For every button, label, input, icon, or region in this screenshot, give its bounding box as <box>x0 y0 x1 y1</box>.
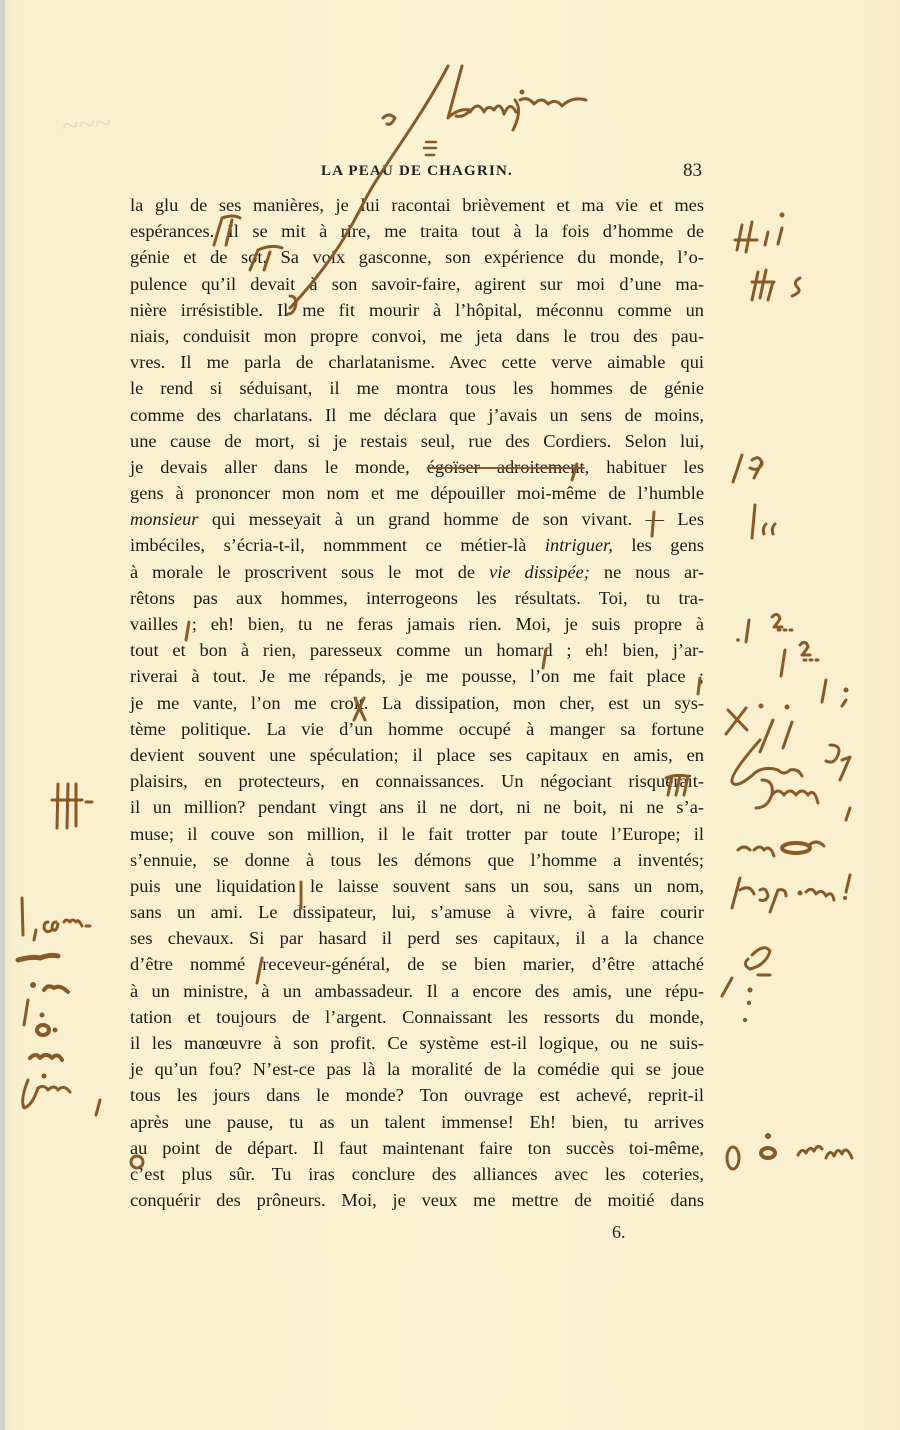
text-line: imbéciles, s’écria-t-il, nommment ce mét… <box>130 532 704 558</box>
text-line: espérances. Il se mit à rire, me traita … <box>130 218 704 244</box>
right-margin-notes <box>722 213 852 1170</box>
text-line: il les manœuvre à son profit. Ce système… <box>130 1030 704 1056</box>
italic-text: intriguer, <box>545 535 613 555</box>
text-line: rêtons pas aux hommes, interrogeons les … <box>130 585 704 611</box>
body-text: la glu de ses manières, je lui racontai … <box>130 192 704 1213</box>
text-line: c’est plus sûr. Tu iras conclure des all… <box>130 1161 704 1187</box>
italic-text: monsieur <box>130 509 198 529</box>
book-page: ~~~ LA PEAU DE CHAGRIN. 83 la glu de ses… <box>0 0 900 1430</box>
text-line: riverai à tout. Je me répands, je me pou… <box>130 663 704 689</box>
text-line: tation et toujours de l’argent. Connaiss… <box>130 1004 704 1030</box>
text-line: d’être nommé receveur-général, de se bie… <box>130 951 704 977</box>
text-line: muse; il couve son million, il le fait t… <box>130 821 704 847</box>
text-line: une cause de mort, si je restais seul, r… <box>130 428 704 454</box>
text-line: conquérir des prôneurs. Moi, je veux me … <box>130 1187 704 1213</box>
text-line: gens à prononcer mon nom et me dépouille… <box>130 480 704 506</box>
text-line: je devais aller dans le monde, égoïser a… <box>130 454 704 480</box>
text-line: nière irrésistible. Il me fit mourir à l… <box>130 297 704 323</box>
bleed-through-text: ~~~ <box>61 106 112 143</box>
text-line: tout et bon à rien, paresseux comme un h… <box>130 637 704 663</box>
struck-text: égoïser adroitement <box>427 457 585 477</box>
text-line: vailles ; eh! bien, tu ne feras jamais r… <box>130 611 704 637</box>
text-line: devient souvent une spéculation; il plac… <box>130 742 704 768</box>
text-line: tous les jours dans le monde? Ton ouvrag… <box>130 1082 704 1108</box>
page-number: 83 <box>683 160 702 182</box>
text-line: à morale le proscrivent sous le mot de v… <box>130 559 704 585</box>
text-line: il un million? pendant vingt ans il ne d… <box>130 794 704 820</box>
text-line: après une pause, tu as un talent immense… <box>130 1109 704 1135</box>
text-line: s’ennuie, se donne à tous les démons que… <box>130 847 704 873</box>
left-margin-notes <box>18 784 100 1115</box>
text-line: ses chevaux. Si par hasard il perd ses c… <box>130 925 704 951</box>
text-line: la glu de ses manières, je lui racontai … <box>130 192 704 218</box>
signature-mark: 6. <box>612 1222 626 1243</box>
text-line: à un ministre, à un ambassadeur. Il a en… <box>130 978 704 1004</box>
text-line: plaisirs, en protecteurs, en connaissanc… <box>130 768 704 794</box>
text-line: je me vante, l’on me croit. La dissipati… <box>130 690 704 716</box>
text-line: le rend si séduisant, il me montra tous … <box>130 375 704 401</box>
rastignac-handwriting <box>383 66 586 155</box>
text-line: vres. Il me parla de charlatanisme. Avec… <box>130 349 704 375</box>
italic-text: vie dissipée; <box>489 562 590 582</box>
running-head: LA PEAU DE CHAGRIN. 83 <box>130 160 704 184</box>
text-line: monsieur qui messeyait à un grand homme … <box>130 506 704 532</box>
text-line: je qu’un fou? N’est-ce pas là la moralit… <box>130 1056 704 1082</box>
text-line: comme des charlatans. Il me déclara que … <box>130 402 704 428</box>
text-line: pulence qu’il devait à son savoir-faire,… <box>130 271 704 297</box>
text-line: tème politique. La vie d’un homme occupé… <box>130 716 704 742</box>
text-line: puis une liquidation le laisse souvent s… <box>130 873 704 899</box>
text-line: au point de départ. Il faut maintenant f… <box>130 1135 704 1161</box>
page-edge <box>0 0 5 1430</box>
text-line: génie et de sot. Sa voix gasconne, son e… <box>130 244 704 270</box>
text-line: niais, conduisit mon propre convoi, me j… <box>130 323 704 349</box>
running-head-title: LA PEAU DE CHAGRIN. <box>130 163 704 180</box>
text-line: sans un ami. Le dissipateur, lui, s’amus… <box>130 899 704 925</box>
